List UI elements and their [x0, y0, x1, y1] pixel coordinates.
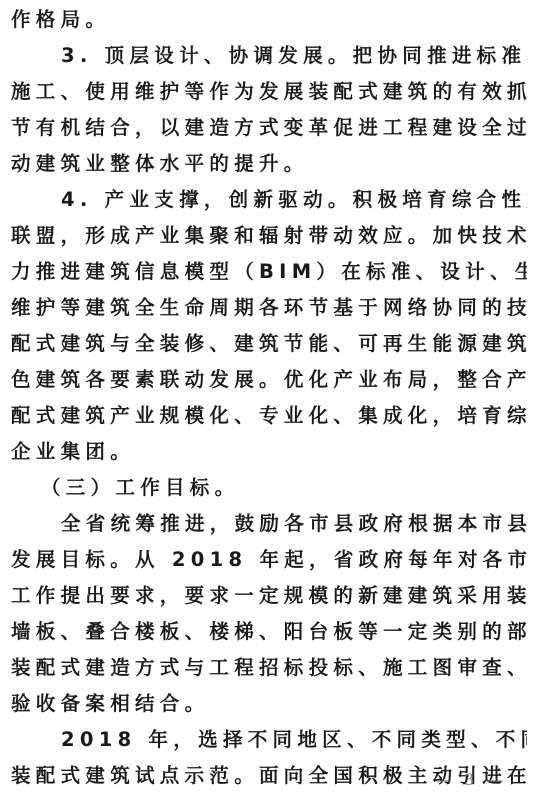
- text-line: 2018 年，选择不同地区、不同类型、不同规模的项目进行: [11, 722, 527, 758]
- document-page: 作格局。 3. 顶层设计、协调发展。把协同推进标准、设计、生产、 施工、使用维护…: [11, 2, 527, 794]
- item-3-heading-line: 3. 顶层设计、协调发展。把协同推进标准、设计、生产、: [11, 38, 527, 74]
- text-line: 维护等建筑全生命周期各环节基于网络协同的技术应用，推动装: [11, 290, 527, 326]
- text-line: 发展目标。从 2018 年起，省政府每年对各市县装配式建筑发展: [11, 542, 527, 578]
- text-line: 节有机结合，以建造方式变革促进工程建设全过程提质增效，带: [11, 110, 527, 146]
- page-number: — 3 —: [435, 770, 507, 789]
- text-line: 力推进建筑信息模型（BIM）在标准、设计、生产、施工、使用: [11, 254, 527, 290]
- text-line: 工作提出要求，要求一定规模的新建建筑采用装配式外墙板、内: [11, 578, 527, 614]
- item-4-heading-line: 4. 产业支撑，创新驱动。积极培育综合性龙头企业和产业: [11, 182, 527, 218]
- text-line: 动建筑业整体水平的提升。: [11, 146, 527, 182]
- text-line: 验收备案相结合。: [11, 686, 527, 722]
- section-heading-work-goals: （三）工作目标。: [11, 470, 527, 506]
- text-line: 全省统筹推进，鼓励各市县政府根据本市县情况制定更高的: [11, 506, 527, 542]
- text-line: 企业集团。: [11, 434, 527, 470]
- text-line: 配式建筑产业规模化、专业化、集成化，培育综合性、全产业链: [11, 398, 527, 434]
- text-line: 墙板、叠合楼板、楼梯、阳台板等一定类别的部品部件，将推进: [11, 614, 527, 650]
- text-line: 配式建筑与全装修、建筑节能、可再生能源建筑一体化应用等绿: [11, 326, 527, 362]
- text-line: 联盟，形成产业集聚和辐射带动效应。加快技术和管理创新，大: [11, 218, 527, 254]
- text-line: 作格局。: [11, 2, 527, 38]
- text-line: 装配式建造方式与工程招标投标、施工图审查、施工许可、竣工: [11, 650, 527, 686]
- text-line: 施工、使用维护等作为发展装配式建筑的有效抓手，推动各个环: [11, 74, 527, 110]
- text-line: 色建筑各要素联动发展。优化产业布局，整合产业链条，推动装: [11, 362, 527, 398]
